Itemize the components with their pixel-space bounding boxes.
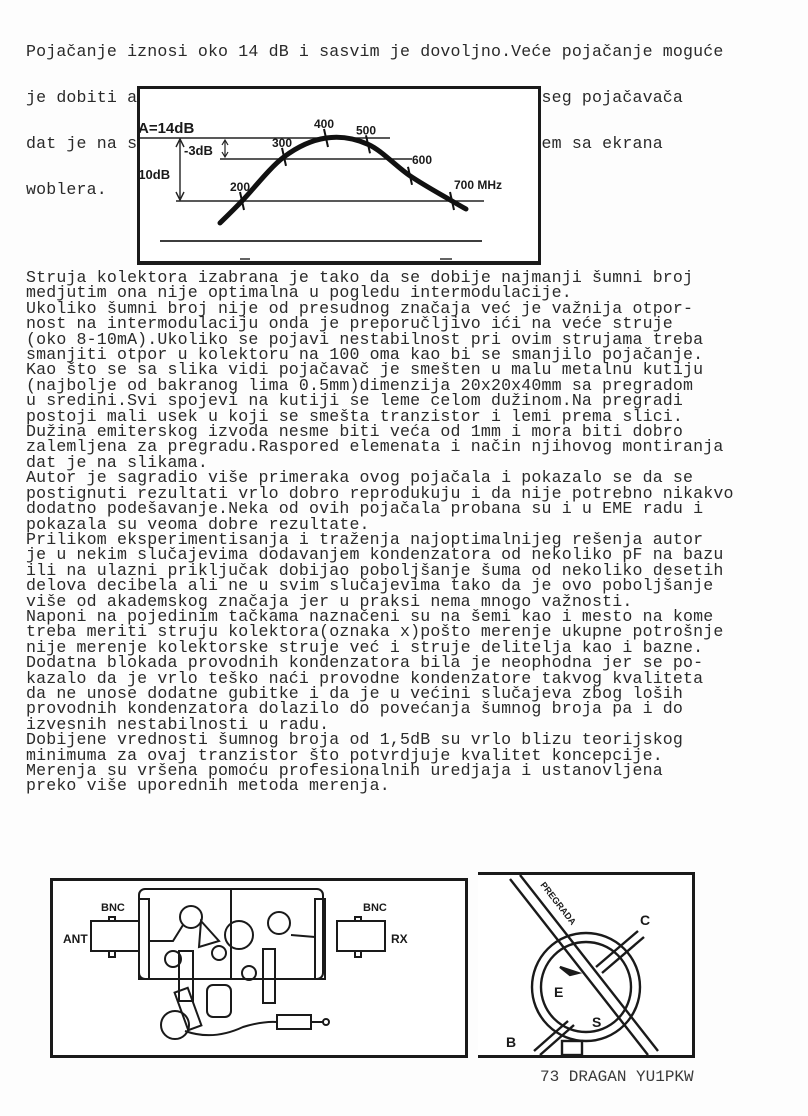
pin-c-label: C [640,912,650,928]
bnc-in-label: BNC [101,902,125,914]
ant-label: ANT [63,932,88,946]
frequency-response-figure: 200300400500600700 MHz A=14dB -3dB -10dB [137,86,541,265]
text-line: preko više uporednih metoda merenja. [26,778,734,793]
paragraph-main: Struja kolektora izabrana je tako da se … [26,270,734,794]
bnc-output-connector [337,921,385,951]
minus3db-label: -3dB [184,143,213,158]
component-layout-figure: BNC ANT BNC RX [50,878,468,1058]
rx-label: RX [391,932,408,946]
frequency-point-label: 300 [272,136,292,150]
bnc-input-connector [91,921,139,951]
box-layout-drawing: BNC ANT BNC RX [53,881,465,1055]
transistor-body [532,933,640,1041]
gain-label: A=14dB [140,120,194,137]
partition-label: PREGRADA [538,880,578,927]
pinout-drawing: PREGRADA C E B S [478,875,692,1055]
frequency-point-label: 400 [314,117,334,131]
document-page: Pojačanje iznosi oko 14 dB i sasvim je d… [0,0,808,1116]
bnc-out-label: BNC [363,902,387,914]
pin-s-label: S [592,1014,601,1030]
response-curve-drawing: 200300400500600700 MHz A=14dB -3dB -10dB [140,89,538,261]
frequency-point-label: 200 [230,180,250,194]
transistor-pinout-figure: PREGRADA C E B S [478,872,695,1058]
frequency-point-label: 700 MHz [454,178,502,192]
pin-b-label: B [506,1034,516,1050]
minus10db-label: -10dB [140,167,170,182]
author-signature: 73 DRAGAN YU1PKW [540,1068,694,1086]
text-line: Pojačanje iznosi oko 14 dB i sasvim je d… [26,44,723,59]
frequency-point-label: 600 [412,153,432,167]
frequency-point-label: 500 [356,123,376,137]
pin-e-label: E [554,984,563,1000]
